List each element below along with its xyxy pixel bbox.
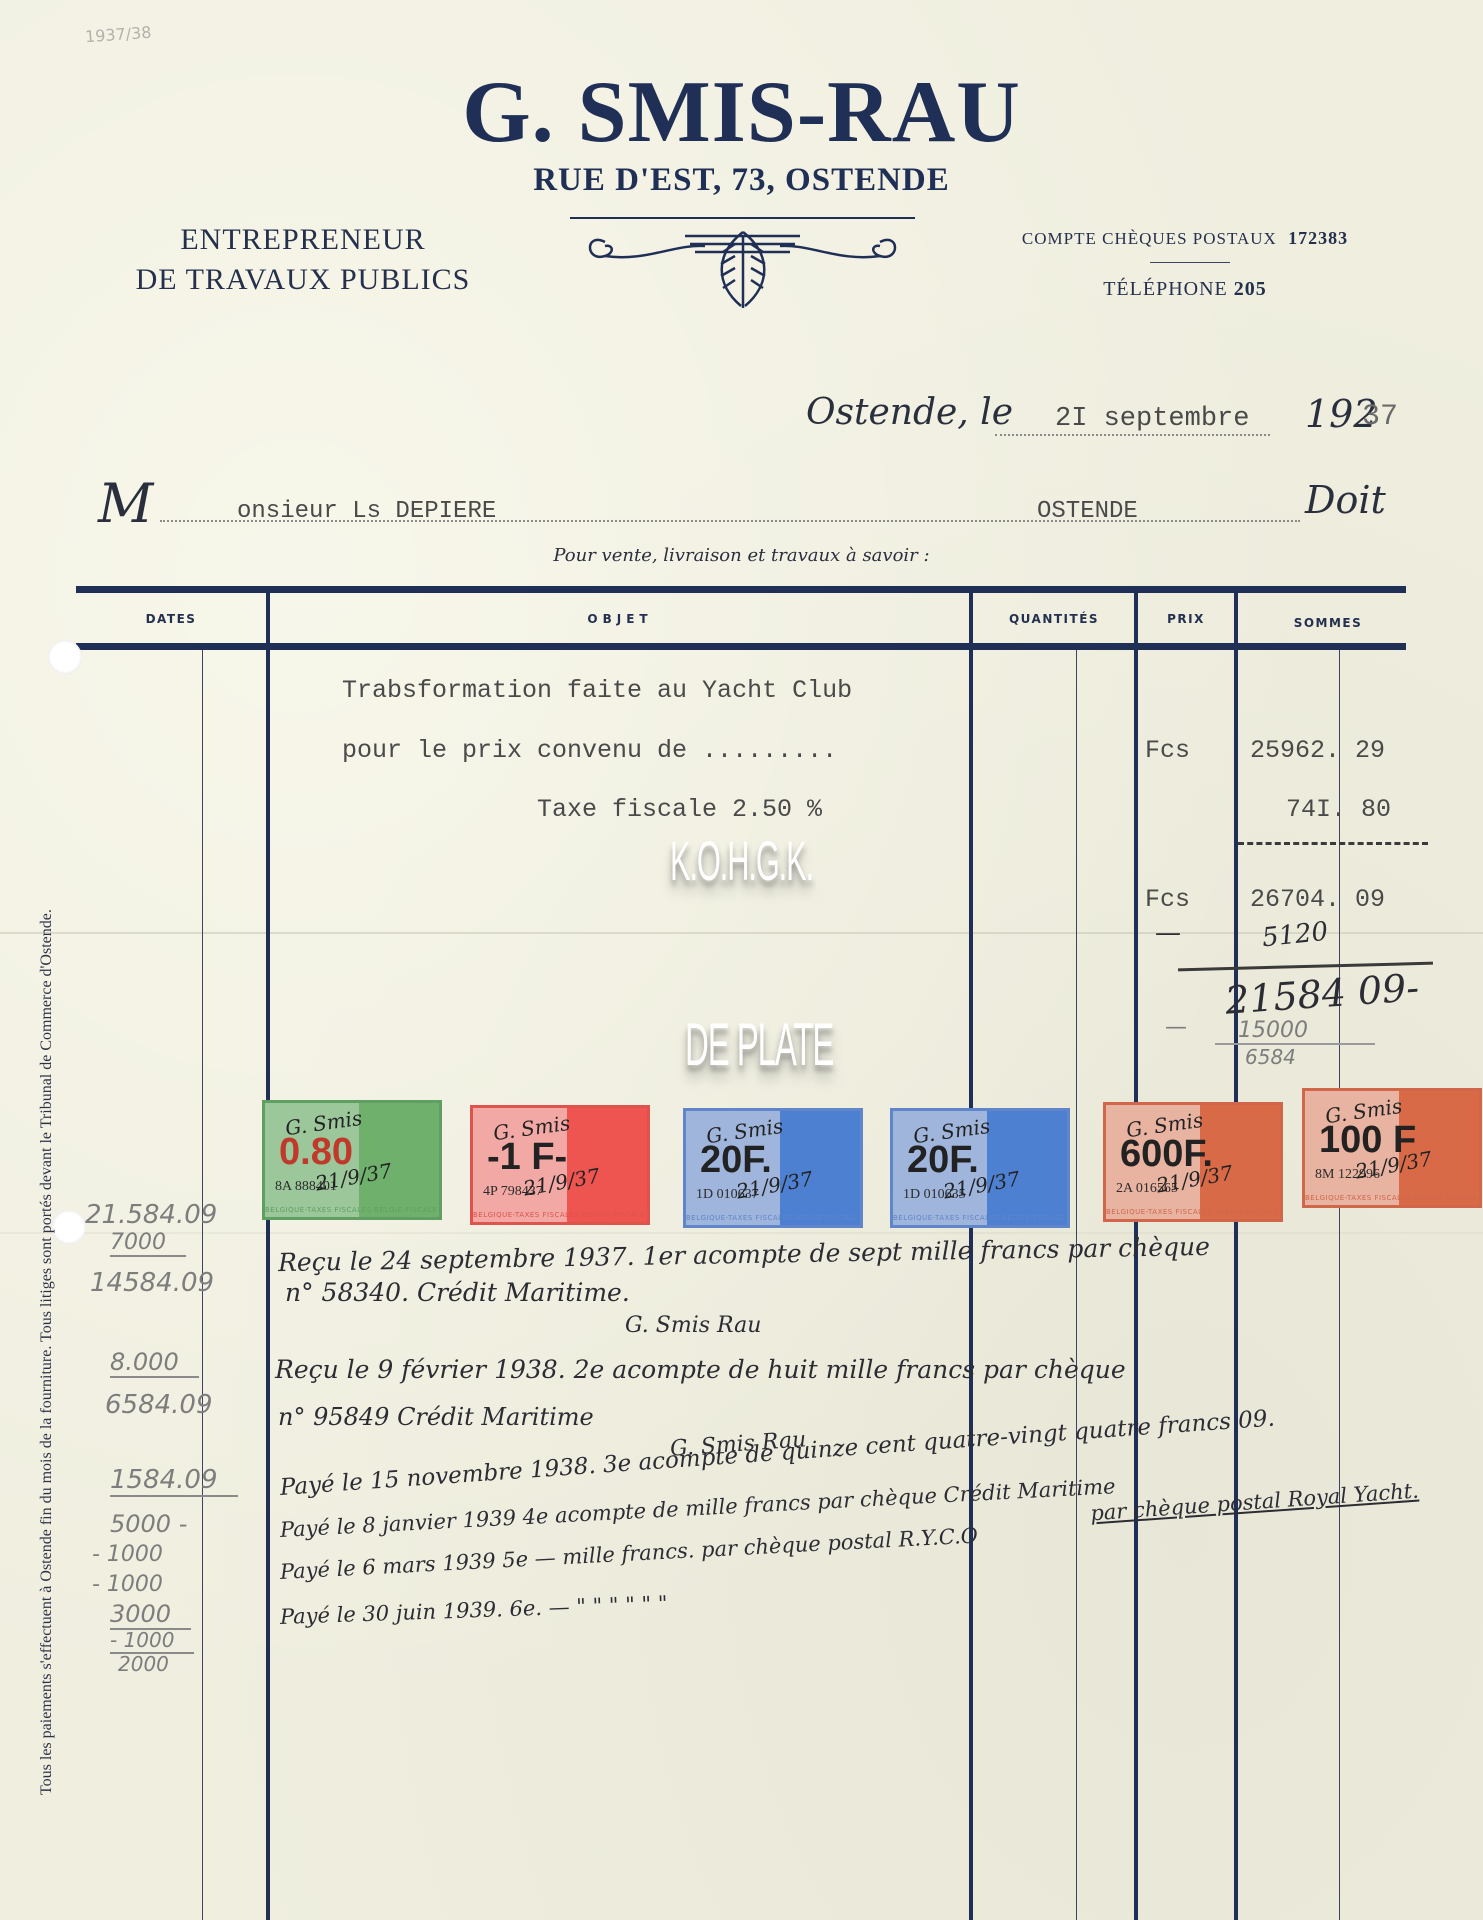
postal-label: COMPTE CHÈQUES POSTAUX [1022, 229, 1277, 248]
column-header-sommes: SOMMES [1238, 616, 1418, 630]
company-address: RUE D'EST, 73, OSTENDE [0, 162, 1483, 199]
receipt-2-line-1: Reçu le 9 février 1938. 2e acompte de hu… [275, 1355, 1126, 1384]
pencil-minus: — [1165, 1015, 1187, 1040]
margin-calculation: 3000 [110, 1600, 191, 1630]
doit-label: Doit [1305, 478, 1386, 522]
line-item-currency: Fcs [1145, 736, 1190, 765]
column-header-prix: PRIX [1138, 612, 1234, 626]
postal-account: COMPTE CHÈQUES POSTAUX 172383 [1010, 228, 1360, 249]
watermark-line-1: K.O.H.G.K. [670, 828, 813, 893]
margin-calculation: - 1000 [92, 1572, 163, 1597]
watermark-line-2: DE PLATE [685, 1010, 833, 1079]
portrait-icon [359, 1103, 439, 1217]
margin-calculation: 5000 - [110, 1510, 187, 1538]
stamp-footer: BELGIQUE-TAXES FISCALES-BELGIE-FISCALE T… [1106, 1205, 1280, 1219]
portrait-icon [567, 1108, 647, 1222]
fold-line [0, 1232, 1483, 1234]
column-divider [266, 588, 270, 1920]
fiscal-stamp: 20F.1D 010635BELGIQUE-TAXES FISCALES-BEL… [890, 1108, 1070, 1228]
line-item-amount: 25962. 29 [1250, 736, 1385, 765]
line-item-amount: 74I. 80 [1286, 795, 1391, 824]
table-top-rule [76, 586, 1406, 593]
table-header-rule [76, 643, 1406, 650]
pencil-result: 6584 [1245, 1045, 1296, 1069]
stamp-signature: G. Smis [912, 1114, 992, 1149]
portrait-icon [780, 1111, 860, 1225]
receipt-1-line-2: n° 58340. Crédit Maritime. [285, 1278, 630, 1307]
column-header-quantites: QUANTITÉS [973, 612, 1135, 626]
sum-decimal-divider [1339, 650, 1340, 1920]
total-amount: 26704. 09 [1250, 885, 1385, 914]
addressee-city: OSTENDE [1037, 498, 1138, 525]
fiscal-stamp: 20F.1D 010637BELGIQUE-TAXES FISCALES-BEL… [683, 1108, 863, 1228]
column-header-objet: OBJET [270, 612, 970, 626]
invoice-date: 2I septembre [1055, 404, 1249, 434]
receipt-1-signature: G. Smis Rau [625, 1313, 761, 1338]
pencil-deduction: 15000 [1238, 1018, 1308, 1043]
margin-calculation: 2000 [118, 1652, 169, 1676]
margin-calculation: 6584.09 [105, 1390, 213, 1420]
portrait-icon [987, 1111, 1067, 1225]
fiscal-stamp: -1 F-4P 798437BELGIQUE-TAXES FISCALES-BE… [470, 1105, 650, 1225]
invoice-subtitle: Pour vente, livraison et travaux à savoi… [0, 545, 1483, 566]
receipt-2-line-2: n° 95849 Crédit Maritime [278, 1403, 594, 1431]
line-item-description: Taxe fiscale 2.50 % [537, 795, 822, 824]
stamp-footer: BELGIQUE-TAXES FISCALES-BELGIE-FISCALE T… [1305, 1191, 1479, 1205]
trade-line-1: ENTREPRENEUR [108, 220, 498, 260]
margin-calculation: 7000 [110, 1230, 186, 1257]
addressee-name: onsieur Ls DEPIERE [237, 498, 496, 525]
margin-calculation: - 1000 [110, 1628, 194, 1654]
trade-line-2: DE TRAVAUX PUBLICS [108, 260, 498, 300]
subtotal-rule [1238, 842, 1428, 845]
quantity-subdivider [1076, 650, 1077, 1920]
margin-calculation: 21.584.09 [85, 1200, 217, 1230]
place-label: Ostende, le [806, 392, 1013, 433]
total-currency: Fcs [1145, 885, 1190, 914]
stamp-footer: BELGIQUE-TAXES FISCALES-BELGIE-FISCALE T… [893, 1211, 1067, 1225]
margin-calculation: 8.000 [110, 1348, 199, 1378]
company-name: G. SMIS-RAU [0, 62, 1483, 163]
fiscal-stamp: 600F.2A 016565BELGIQUE-TAXES FISCALES-BE… [1103, 1102, 1283, 1222]
margin-calculation: 14584.09 [90, 1268, 214, 1298]
stamp-footer: BELGIQUE-TAXES FISCALES-BELGIE-FISCALE T… [473, 1208, 647, 1222]
phone-number: 205 [1234, 278, 1267, 300]
column-header-dates: DATES [76, 612, 266, 626]
salutation-initial: M [98, 472, 153, 535]
punch-hole [48, 640, 82, 674]
ornament-icon [565, 214, 920, 314]
line-item-description: pour le prix convenu de ......... [342, 736, 837, 765]
stamp-signature: G. Smis [705, 1114, 785, 1149]
column-divider [1234, 588, 1238, 1920]
stamp-footer: BELGIQUE-TAXES FISCALES-BELGIE-FISCALE T… [686, 1211, 860, 1225]
phone-label: TÉLÉPHONE [1103, 278, 1228, 300]
payment-terms-footer: Tous les paiements s'effectuent à Ostend… [38, 909, 56, 1795]
line-item-description: Trabsformation faite au Yacht Club [342, 676, 852, 705]
stamp-footer: BELGIQUE-TAXES FISCALES-BELGIE-FISCALE T… [265, 1203, 439, 1217]
company-trade: ENTREPRENEUR DE TRAVAUX PUBLICS [108, 220, 498, 300]
fiscal-stamp: 100 F8M 122996BELGIQUE-TAXES FISCALES-BE… [1302, 1088, 1482, 1208]
punch-hole [52, 1210, 86, 1244]
year-typed: 37 [1362, 400, 1398, 434]
postal-number: 172383 [1288, 228, 1348, 248]
minus-sign: — [1155, 918, 1181, 948]
margin-calculation: 1584.09 [110, 1465, 238, 1497]
phone: TÉLÉPHONE 205 [1010, 278, 1360, 301]
date-dotline [995, 434, 1270, 436]
fiscal-stamp: 0.808A 888401BELGIQUE-TAXES FISCALES-BEL… [262, 1100, 442, 1220]
margin-calculation: - 1000 [92, 1542, 163, 1567]
divider [1150, 262, 1230, 263]
